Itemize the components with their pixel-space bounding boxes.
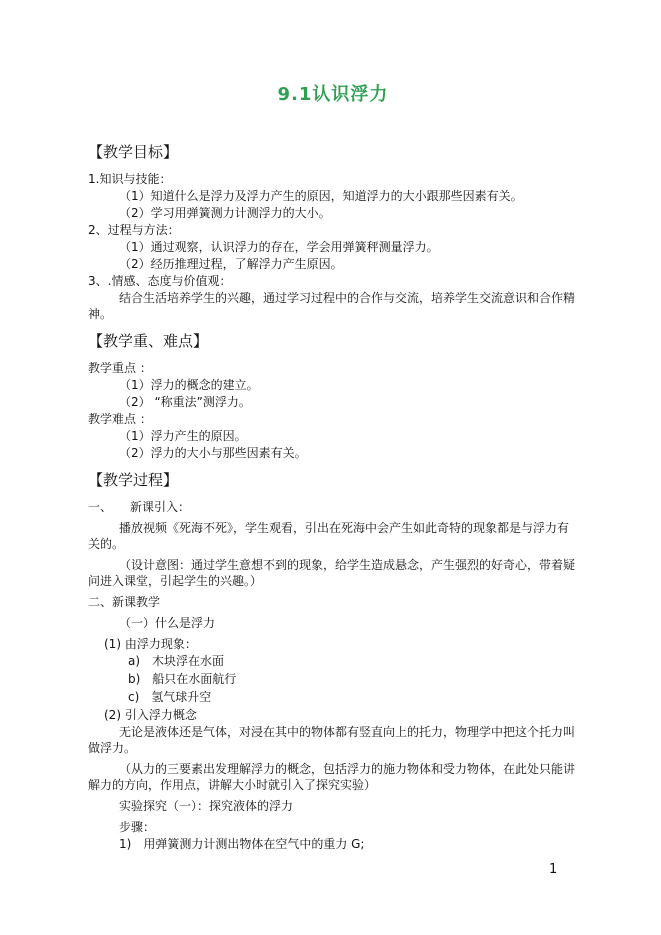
page-number: 1 — [549, 862, 557, 878]
paragraph-line: 2、过程与方法： — [88, 222, 578, 238]
paragraph-line: 教学难点 ： — [88, 411, 578, 427]
paragraph-line: b) 船只在水面航行 — [88, 671, 578, 687]
paragraph-line: （2）学习用弹簧测力计测浮力的大小。 — [88, 205, 578, 221]
section-heading: 【教学目标】 — [88, 142, 578, 162]
paragraph-line: 3、.情感、态度与价值观： — [88, 273, 578, 289]
page-title: 9.1认识浮力 — [88, 84, 578, 106]
paragraph-line: 结合生活培养学生的兴趣，通过学习过程中的合作与交流，培养学生交流意识和合作精神。 — [88, 290, 578, 322]
paragraph-line: （1）通过观察，认识浮力的存在，学会用弹簧秤测量浮力。 — [88, 239, 578, 255]
paragraph-line: 教学重点 ： — [88, 360, 578, 376]
section-heading: 【教学过程】 — [88, 470, 578, 490]
paragraph-line: 一、 新课引入： — [88, 499, 578, 515]
paragraph-line: 实验探究（一）：探究液体的浮力 — [88, 798, 578, 814]
document-body: 【教学目标】1.知识与技能：（1）知道什么是浮力及浮力产生的原因，知道浮力的大小… — [88, 142, 578, 852]
paragraph-line: （2） “称重法”测浮力。 — [88, 394, 578, 410]
paragraph-line: （一）什么是浮力 — [88, 615, 578, 631]
paragraph-line: （2）浮力的大小与那些因素有关。 — [88, 445, 578, 461]
paragraph-line: c) 氢气球升空 — [88, 689, 578, 705]
paragraph-line: 步骤： — [88, 819, 578, 835]
document-page: 9.1认识浮力 【教学目标】1.知识与技能：（1）知道什么是浮力及浮力产生的原因… — [0, 0, 661, 935]
section-heading: 【教学重、难点】 — [88, 331, 578, 351]
paragraph-line: 播放视频《死海不死》，学生观看，引出在死海中会产生如此奇特的现象都是与浮力有关的… — [88, 520, 578, 552]
paragraph-line: （1）浮力的概念的建立。 — [88, 377, 578, 393]
paragraph-line: a) 木块浮在水面 — [88, 653, 578, 669]
paragraph-line: (2) 引入浮力概念 — [88, 707, 578, 723]
paragraph-line: （1）浮力产生的原因。 — [88, 428, 578, 444]
paragraph-line: （设计意图：通过学生意想不到的现象，给学生造成悬念，产生强烈的好奇心，带着疑问进… — [88, 557, 578, 589]
paragraph-line: 1.知识与技能： — [88, 171, 578, 187]
paragraph-line: 二、新课教学 — [88, 594, 578, 610]
paragraph-line: （2）经历推理过程，了解浮力产生原因。 — [88, 256, 578, 272]
paragraph-line: (1) 由浮力现象： — [88, 636, 578, 652]
paragraph-line: （从力的三要素出发理解浮力的概念，包括浮力的施力物体和受力物体，在此处只能讲解力… — [88, 761, 578, 793]
paragraph-line: （1）知道什么是浮力及浮力产生的原因，知道浮力的大小跟那些因素有关。 — [88, 188, 578, 204]
paragraph-line: 1) 用弹簧测力计测出物体在空气中的重力 G; — [88, 836, 578, 852]
paragraph-line: 无论是液体还是气体，对浸在其中的物体都有竖直向上的托力，物理学中把这个托力叫做浮… — [88, 724, 578, 756]
